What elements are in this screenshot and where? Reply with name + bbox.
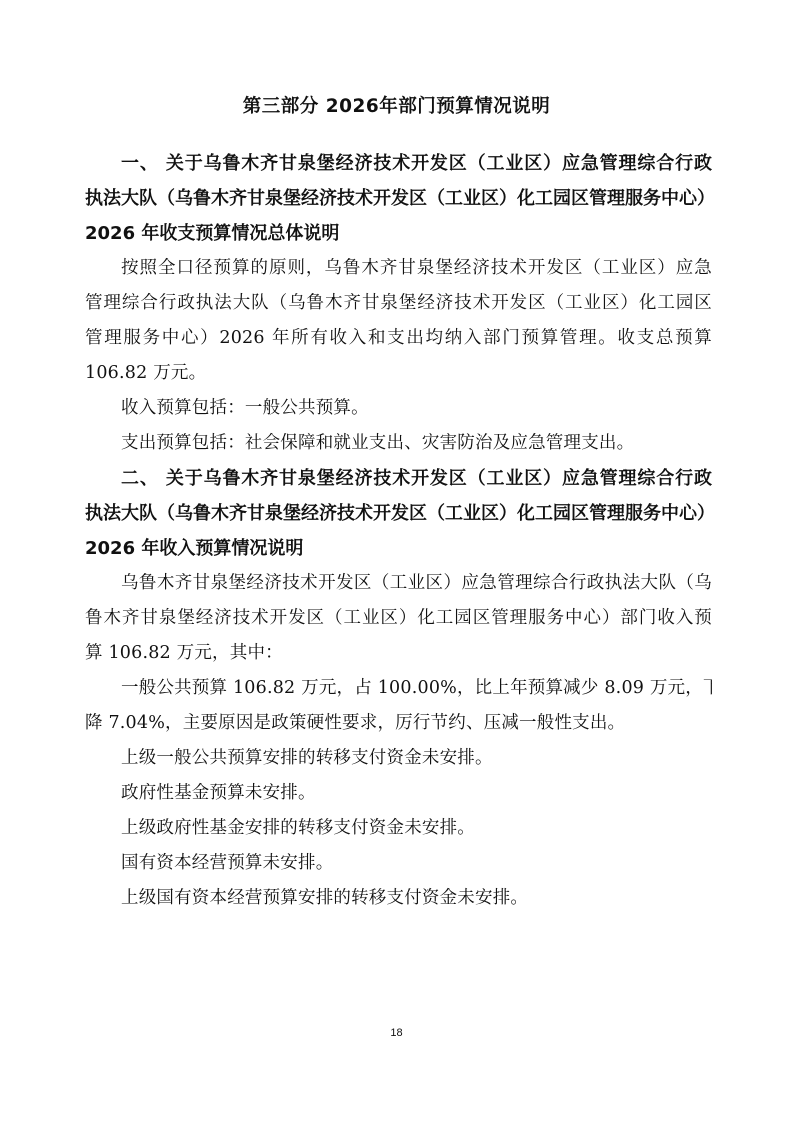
section-1-heading-line-3: 2026 年收支预算情况总体说明 bbox=[85, 216, 712, 251]
paragraph-line: 一般公共预算 106.82 万元，占 100.00%，比上年预算减少 8.09 … bbox=[85, 671, 712, 706]
paragraph-line: 上级政府性基金安排的转移支付资金未安排。 bbox=[85, 811, 712, 846]
paragraph-line: 上级一般公共预算安排的转移支付资金未安排。 bbox=[85, 741, 712, 776]
section-2-heading-line-3: 2026 年收入预算情况说明 bbox=[85, 531, 712, 566]
paragraph-line: 乌鲁木齐甘泉堡经济技术开发区（工业区）应急管理综合行政执法大队（乌 bbox=[85, 566, 712, 601]
paragraph-line: 国有资本经营预算未安排。 bbox=[85, 846, 712, 881]
paragraph-line: 鲁木齐甘泉堡经济技术开发区（工业区）化工园区管理服务中心）部门收入预 bbox=[85, 601, 712, 636]
paragraph-line: 支出预算包括：社会保障和就业支出、灾害防治及应急管理支出。 bbox=[85, 426, 712, 461]
section-2-heading-line-1: 二、 关于乌鲁木齐甘泉堡经济技术开发区（工业区）应急管理综合行政 bbox=[85, 461, 712, 496]
section-1-heading-line-2: 执法大队（乌鲁木齐甘泉堡经济技术开发区（工业区）化工园区管理服务中心） bbox=[85, 181, 712, 216]
paragraph-line: 降 7.04%，主要原因是政策硬性要求，厉行节约、压减一般性支出。 bbox=[85, 706, 712, 741]
document-page: 第三部分 2026年部门预算情况说明 一、 关于乌鲁木齐甘泉堡经济技术开发区（工… bbox=[0, 0, 793, 1122]
paragraph-line: 106.82 万元。 bbox=[85, 356, 712, 391]
paragraph-line: 按照全口径预算的原则，乌鲁木齐甘泉堡经济技术开发区（工业区）应急 bbox=[85, 251, 712, 286]
page-number: 18 bbox=[0, 1027, 793, 1039]
paragraph-line: 管理综合行政执法大队（乌鲁木齐甘泉堡经济技术开发区（工业区）化工园区 bbox=[85, 286, 712, 321]
paragraph-line: 管理服务中心）2026 年所有收入和支出均纳入部门预算管理。收支总预算 bbox=[85, 321, 712, 356]
paragraph-line: 收入预算包括：一般公共预算。 bbox=[85, 391, 712, 426]
page-title: 第三部分 2026年部门预算情况说明 bbox=[0, 92, 793, 118]
paragraph-line: 上级国有资本经营预算安排的转移支付资金未安排。 bbox=[85, 881, 712, 916]
section-1-heading-line-1: 一、 关于乌鲁木齐甘泉堡经济技术开发区（工业区）应急管理综合行政 bbox=[85, 146, 712, 181]
document-body: 一、 关于乌鲁木齐甘泉堡经济技术开发区（工业区）应急管理综合行政 执法大队（乌鲁… bbox=[85, 146, 712, 916]
paragraph-line: 算 106.82 万元，其中： bbox=[85, 636, 712, 671]
paragraph-line: 政府性基金预算未安排。 bbox=[85, 776, 712, 811]
section-2-heading-line-2: 执法大队（乌鲁木齐甘泉堡经济技术开发区（工业区）化工园区管理服务中心） bbox=[85, 496, 712, 531]
